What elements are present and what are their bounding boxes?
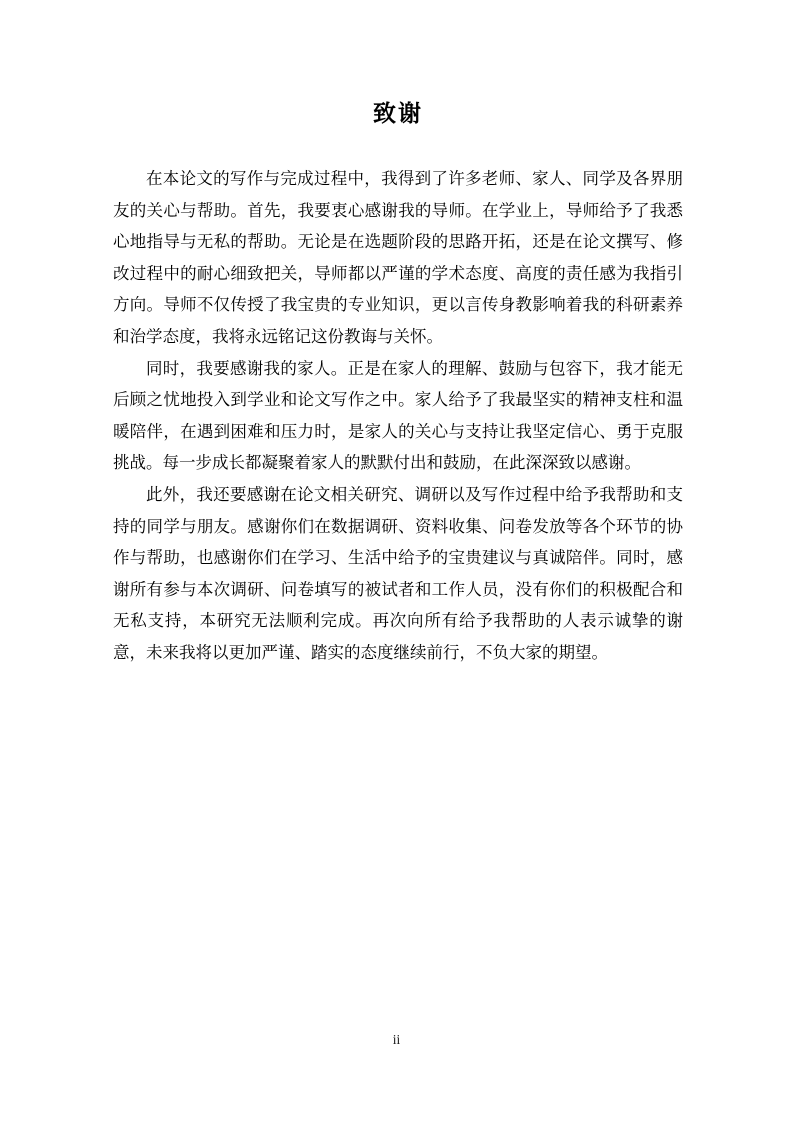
acknowledgment-paragraph-advisor: 在本论文的写作与完成过程中，我得到了许多老师、家人、同学及各界朋友的关心与帮助。… bbox=[113, 163, 683, 353]
page-title: 致谢 bbox=[113, 98, 683, 130]
document-page: 致谢 在本论文的写作与完成过程中，我得到了许多老师、家人、同学及各界朋友的关心与… bbox=[0, 0, 793, 1122]
page-content: 致谢 在本论文的写作与完成过程中，我得到了许多老师、家人、同学及各界朋友的关心与… bbox=[113, 0, 683, 669]
acknowledgment-paragraph-family: 同时，我要感谢我的家人。正是在家人的理解、鼓励与包容下，我才能无后顾之忧地投入到… bbox=[113, 353, 683, 479]
acknowledgment-paragraph-friends: 此外，我还要感谢在论文相关研究、调研以及写作过程中给予我帮助和支持的同学与朋友。… bbox=[113, 479, 683, 669]
page-number: ii bbox=[0, 1032, 793, 1048]
